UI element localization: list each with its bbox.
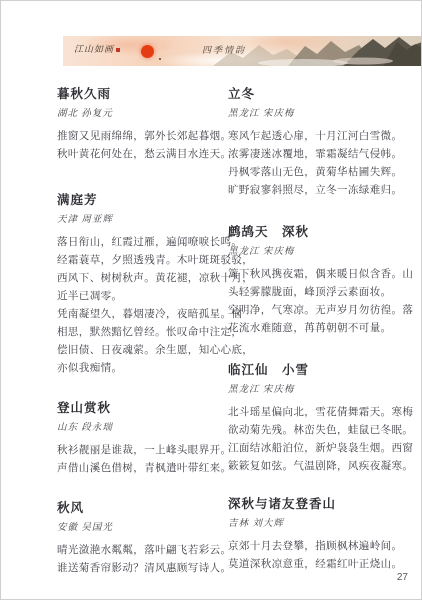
poem-line: 偿旧债、日夜魂萦。余生愿，知心心底， xyxy=(57,342,249,360)
poem-author: 湖北 孙复元 xyxy=(57,108,249,120)
poem-line: 江面结冰船泊位，新炉袅袅生烟。西窗 xyxy=(228,440,420,458)
poem-line: 秋衫靓丽是谁裁，一上峰头眼界开。 xyxy=(57,442,249,460)
poem-dengshan-shangqiu: 登山赏秋 山东 段永瑞 秋衫靓丽是谁裁，一上峰头眼界开。 声借山溪色借树，青枫遣… xyxy=(57,400,249,478)
poem-line: 莫道深秋凉意重，经霜红叶正烧山。 xyxy=(228,556,420,574)
poem-linjiangxian-xiaoxue: 临江仙 小雪 黑龙江 宋庆梅 北斗瑶星偏向北，雪花倩舞霜天。寒梅 欲动菊先残。林… xyxy=(228,362,420,476)
bird-dot xyxy=(159,58,161,60)
poem-line: 北斗瑶星偏向北，雪花倩舞霜天。寒梅 xyxy=(228,404,420,422)
poem-line: 篱下秋风携夜霜，偶来暖日似含香。山 xyxy=(228,266,420,284)
poem-line: 浓雾凄迷冰覆地，霏霜凝结气侵帏。 xyxy=(228,146,420,164)
right-column: 立冬 黑龙江 宋庆梅 寒风乍起透心扉，十月江河白雪微。 浓雾凄迷冰覆地，霏霜凝结… xyxy=(228,86,420,598)
poem-title: 深秋与诸友登香山 xyxy=(228,496,420,512)
poem-line: 西风下、树树秋声。黄花褪，凉秋十月， xyxy=(57,270,249,288)
poem-qiufeng: 秋风 安徽 吴国光 晴光潋滟水粼粼，落叶翩飞若彩云。 谁送菊香帘影动？清风惠顾写… xyxy=(57,500,249,578)
poem-title: 满庭芳 xyxy=(57,192,249,208)
poem-line: 落日衔山，红霞过雁，遍闻嘹唳长鸣。 xyxy=(57,234,249,252)
poem-title: 暮秋久雨 xyxy=(57,86,249,102)
banner-calligraphy-center: 四季情韵 xyxy=(202,45,246,55)
poem-line: 京郊十月去登攀，指顾枫林遍岭间。 xyxy=(228,538,420,556)
red-sun-glyph xyxy=(141,45,154,58)
poem-line: 亦似我痴情。 xyxy=(57,360,249,378)
poem-muqiu-jiuyu: 暮秋久雨 湖北 孙复元 推窗又见雨绵绵，郭外长郊起暮烟。 秋叶黄花何处在，愁云满… xyxy=(57,86,249,164)
poem-line: 丹枫零落山无色，黄菊华枯圃失辉。 xyxy=(228,164,420,182)
poem-author: 黑龙江 宋庆梅 xyxy=(228,384,420,396)
poem-title: 立冬 xyxy=(228,86,420,102)
poem-title: 秋风 xyxy=(57,500,249,516)
poem-line: 旷野寂寥斜照尽，立冬一冻绿难归。 xyxy=(228,182,420,200)
poem-line: 经霜蓑草，夕照透残青。木叶斑斑驳驳， xyxy=(57,252,249,270)
poem-line: 花流水难随意，苒苒朝朝不可量。 xyxy=(228,320,420,338)
poem-title: 鹧鸪天 深秋 xyxy=(228,224,420,240)
poem-author: 吉林 刘大辉 xyxy=(228,518,420,530)
poem-mantingfang: 满庭芳 天津 周亚辉 落日衔山，红霞过雁，遍闻嘹唳长鸣。 经霜蓑草，夕照透残青。… xyxy=(57,192,249,378)
red-seal-icon xyxy=(116,48,120,52)
poem-line: 推窗又见雨绵绵，郭外长郊起暮烟。 xyxy=(57,128,249,146)
poem-line: 空明净，气寒凉。无声岁月勿彷徨。落 xyxy=(228,302,420,320)
poem-line: 头轻雾朦胧面，峰顶浮云素面妆。 xyxy=(228,284,420,302)
poem-line: 簌簌复如弦。气温剧降，风疾夜凝寒。 xyxy=(228,458,420,476)
poem-zhegutian-shenqiu: 鹧鸪天 深秋 黑龙江 宋庆梅 篱下秋风携夜霜，偶来暖日似含香。山 头轻雾朦胧面，… xyxy=(228,224,420,338)
poem-shenqiu-dengxiangshan: 深秋与诸友登香山 吉林 刘大辉 京郊十月去登攀，指顾枫林遍岭间。 莫道深秋凉意重… xyxy=(228,496,420,574)
poem-author: 山东 段永瑞 xyxy=(57,422,249,434)
poem-line: 秋叶黄花何处在，愁云满目水连天。 xyxy=(57,146,249,164)
poem-line: 寒风乍起透心扉，十月江河白雪微。 xyxy=(228,128,420,146)
poem-line: 谁送菊香帘影动？清风惠顾写诗人。 xyxy=(57,560,249,578)
page-number: 27 xyxy=(397,572,408,583)
poem-line: 凭南凝望久，暮烟凄冷，夜暗孤星。恼 xyxy=(57,306,249,324)
poem-author: 安徽 吴国光 xyxy=(57,522,249,534)
poem-author: 黑龙江 宋庆梅 xyxy=(228,246,420,258)
poem-author: 黑龙江 宋庆梅 xyxy=(228,108,420,120)
poem-line: 声借山溪色借树，青枫遣叶带红来。 xyxy=(57,460,249,478)
poem-lidong: 立冬 黑龙江 宋庆梅 寒风乍起透心扉，十月江河白雪微。 浓雾凄迷冰覆地，霏霜凝结… xyxy=(228,86,420,200)
banner-artwork: 江山如画 四季情韵 xyxy=(63,36,422,66)
poem-line: 近半已凋零。 xyxy=(57,288,249,306)
poem-title: 登山赏秋 xyxy=(57,400,249,416)
poem-line: 欲动菊先残。林峦失色，蛙鼠已冬眠。 xyxy=(228,422,420,440)
poem-author: 天津 周亚辉 xyxy=(57,214,249,226)
left-column: 暮秋久雨 湖北 孙复元 推窗又见雨绵绵，郭外长郊起暮烟。 秋叶黄花何处在，愁云满… xyxy=(57,86,249,600)
poem-title: 临江仙 小雪 xyxy=(228,362,420,378)
banner-calligraphy-left-text: 江山如画 xyxy=(74,44,114,54)
poem-line: 相思，默然黯忆曾经。怅叹命中注定， xyxy=(57,324,249,342)
poem-line: 晴光潋滟水粼粼，落叶翩飞若彩云。 xyxy=(57,542,249,560)
banner-calligraphy-left: 江山如画 xyxy=(74,44,120,54)
